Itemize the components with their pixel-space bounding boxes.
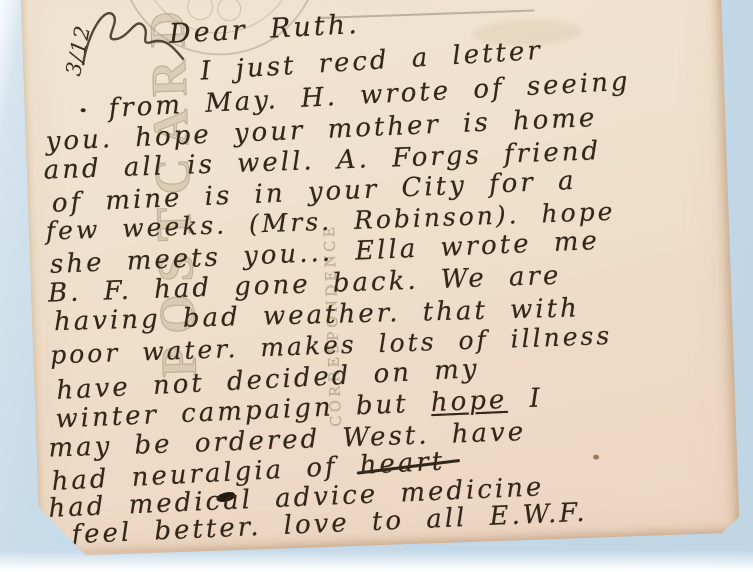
pen-dot [81, 108, 86, 112]
stain-fleck [593, 454, 599, 459]
photo-edge-fade [0, 550, 753, 572]
postcard-photo: POSTCARD CORRESPONDENCE 3/12 Dear Ruth.I… [0, 0, 753, 572]
postcard: POSTCARD CORRESPONDENCE 3/12 Dear Ruth.I… [20, 0, 740, 557]
